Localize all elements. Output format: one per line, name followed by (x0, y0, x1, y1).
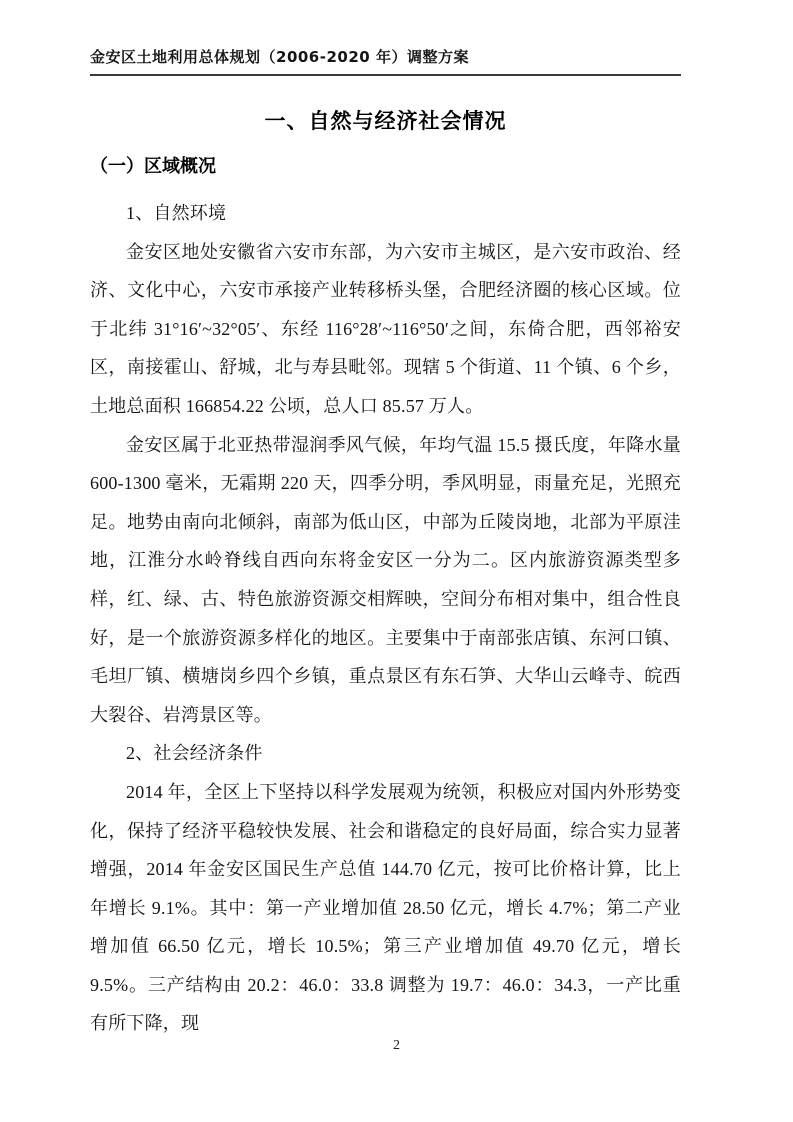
running-header: 金安区土地利用总体规划（2006-2020 年）调整方案 (90, 46, 681, 76)
subsection-heading-socioeconomic: 2、社会经济条件 (90, 734, 681, 773)
chapter-title: 一、自然与经济社会情况 (90, 106, 681, 136)
paragraph-location-overview: 金安区地处安徽省六安市东部，为六安市主城区，是六安市政治、经济、文化中心，六安市… (90, 233, 681, 426)
page-number: 2 (0, 1036, 793, 1056)
paragraph-climate-terrain-tourism: 金安区属于北亚热带湿润季风气候，年均气温 15.5 摄氏度，年降水量 600-1… (90, 426, 681, 735)
text-column: 金安区土地利用总体规划（2006-2020 年）调整方案 一、自然与经济社会情况… (90, 0, 681, 1043)
paragraph-economy-2014: 2014 年，全区上下坚持以科学发展观为统领，积极应对国内外形势变化，保持了经济… (90, 773, 681, 1043)
body-text: 1、自然环境 金安区地处安徽省六安市东部，为六安市主城区，是六安市政治、经济、文… (90, 194, 681, 1043)
section-heading: （一）区域概况 (90, 152, 681, 182)
document-page: 金安区土地利用总体规划（2006-2020 年）调整方案 一、自然与经济社会情况… (0, 0, 793, 1122)
subsection-heading-natural-environment: 1、自然环境 (90, 194, 681, 233)
